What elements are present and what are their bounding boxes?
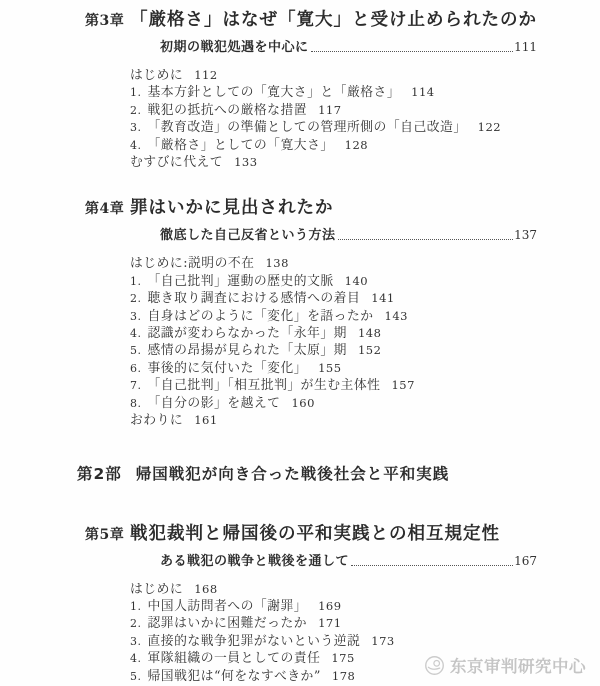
toc-item: 3. 自身はどのように「変化」を語ったか 143: [130, 308, 537, 325]
item-title: 戦犯の抵抗への厳格な措置: [148, 102, 308, 119]
item-page-number: 157: [391, 377, 414, 394]
toc-item: 3. 直接的な戦争犯罪がないという逆説 173: [130, 633, 537, 650]
subtitle-text: 徹底した自己反省という方法: [160, 228, 336, 243]
part-2-heading: 第2部 帰国戦犯が向き合った戦後社会と平和実践: [77, 464, 537, 485]
item-number: 1.: [130, 84, 142, 101]
item-page-number: 161: [194, 412, 217, 429]
chapter-3-heading: 第3章 「厳格さ」はなぜ「寛大」と受け止められたのか: [85, 9, 537, 33]
toc-item: むすびに代えて 133: [130, 154, 537, 171]
item-number: 2.: [130, 102, 142, 119]
item-page-number: 178: [332, 668, 355, 685]
item-page-number: 155: [318, 360, 341, 377]
subtitle-page-number: 137: [514, 228, 537, 243]
item-number: 2.: [130, 290, 142, 307]
item-page-number: 138: [265, 255, 288, 272]
toc-item: はじめに:説明の不在 138: [130, 255, 537, 272]
item-page-number: 175: [331, 650, 354, 667]
item-title: 「自己批判」「相互批判」が生む主体性: [148, 377, 381, 394]
chapter-label: 第5章: [85, 524, 130, 547]
toc-item: 2. 認罪はいかに困難だったか 171: [130, 615, 537, 632]
toc-item: 4. 「厳格さ」としての「寛大さ」 128: [130, 137, 537, 154]
toc-item: 8. 「自分の影」を越えて 160: [130, 395, 537, 412]
item-title: 軍隊組織の一員としての責任: [148, 650, 321, 667]
chapter-4-subtitle: 徹底した自己反省という方法 137: [160, 228, 537, 243]
toc-item: はじめに 112: [130, 67, 537, 84]
item-title: 「教育改造」の準備としての管理所側の「自己改造」: [148, 119, 467, 136]
item-title: 認罪はいかに困難だったか: [148, 615, 308, 632]
watermark: 东京审判研究中心: [424, 653, 586, 677]
item-title: 直接的な戦争犯罪がないという逆説: [148, 633, 361, 650]
item-number: 5.: [130, 668, 142, 685]
item-number: 3.: [130, 633, 142, 650]
item-page-number: 112: [194, 67, 217, 84]
chapter-3-subtitle: 初期の戦犯処遇を中心に 111: [160, 40, 537, 55]
subtitle-page-number: 111: [514, 40, 537, 55]
item-page-number: 128: [345, 137, 368, 154]
subtitle-text: ある戦犯の戦争と戦後を通して: [160, 554, 349, 569]
item-page-number: 169: [318, 598, 341, 615]
chapter-title: 「厳格さ」はなぜ「寛大」と受け止められたのか: [130, 9, 537, 32]
toc-item: おわりに 161: [130, 412, 537, 429]
part-title: 帰国戦犯が向き合った戦後社会と平和実践: [136, 464, 450, 485]
item-page-number: 168: [194, 581, 217, 598]
chapter-4-items: はじめに:説明の不在 138 1. 「自己批判」運動の歴史的文脈 140 2. …: [130, 255, 537, 429]
item-title: はじめに: [130, 581, 183, 598]
toc-item: 6. 事後的に気付いた「変化」 155: [130, 360, 537, 377]
item-number: 7.: [130, 377, 142, 394]
toc-item: 7. 「自己批判」「相互批判」が生む主体性 157: [130, 377, 537, 394]
item-title: 認識が変わらなかった「永年」期: [148, 325, 347, 342]
item-number: 5.: [130, 342, 142, 359]
chapter-5-subtitle: ある戦犯の戦争と戦後を通して 167: [160, 554, 537, 569]
item-page-number: 148: [358, 325, 381, 342]
item-page-number: 173: [371, 633, 394, 650]
item-title: 帰国戦犯は“何をなすべきか”: [148, 668, 321, 685]
dotted-leader: [338, 239, 514, 240]
watermark-text: 东京审判研究中心: [450, 653, 586, 677]
item-title: 「自己批判」運動の歴史的文脈: [148, 273, 334, 290]
item-title: 自身はどのように「変化」を語ったか: [148, 308, 374, 325]
item-number: 2.: [130, 615, 142, 632]
toc-page: 第3章 「厳格さ」はなぜ「寛大」と受け止められたのか 初期の戦犯処遇を中心に 1…: [0, 0, 600, 686]
toc-item: 3. 「教育改造」の準備としての管理所側の「自己改造」 122: [130, 119, 537, 136]
item-title: 感情の昂揚が見られた「太原」期: [148, 342, 347, 359]
item-number: 3.: [130, 308, 142, 325]
item-page-number: 122: [478, 119, 501, 136]
subtitle-text: 初期の戦犯処遇を中心に: [160, 40, 309, 55]
item-number: 8.: [130, 395, 142, 412]
item-title: 事後的に気付いた「変化」: [148, 360, 308, 377]
toc-item: はじめに 168: [130, 581, 537, 598]
item-title: 「厳格さ」としての「寛大さ」: [148, 137, 334, 154]
item-page-number: 152: [358, 342, 381, 359]
chapter-label: 第3章: [85, 10, 130, 33]
item-page-number: 133: [234, 154, 257, 171]
item-title: 聴き取り調査における感情への着目: [148, 290, 361, 307]
toc-item: 1. 基本方針としての「寛大さ」と「厳格さ」 114: [130, 84, 537, 101]
chapter-title: 罪はいかに見出されたか: [130, 197, 334, 220]
subtitle-page-number: 167: [514, 554, 537, 569]
dotted-leader: [351, 565, 513, 566]
chapter-3-items: はじめに 112 1. 基本方針としての「寛大さ」と「厳格さ」 114 2. 戦…: [130, 67, 537, 171]
chapter-5-heading: 第5章 戦犯裁判と帰国後の平和実践との相互規定性: [85, 523, 537, 547]
toc-item: 1. 「自己批判」運動の歴史的文脈 140: [130, 273, 537, 290]
part-label: 第2部: [77, 464, 122, 485]
toc-item: 5. 感情の昂揚が見られた「太原」期 152: [130, 342, 537, 359]
item-number: 4.: [130, 137, 142, 154]
toc-item: 4. 認識が変わらなかった「永年」期 148: [130, 325, 537, 342]
toc-item: 2. 戦犯の抵抗への厳格な措置 117: [130, 102, 537, 119]
chapter-4-heading: 第4章 罪はいかに見出されたか: [85, 197, 537, 221]
item-page-number: 143: [385, 308, 408, 325]
item-title: むすびに代えて: [130, 154, 223, 171]
item-title: 基本方針としての「寛大さ」と「厳格さ」: [148, 84, 401, 101]
item-title: はじめに:説明の不在: [130, 255, 254, 272]
toc-item: 2. 聴き取り調査における感情への着目 141: [130, 290, 537, 307]
item-title: はじめに: [130, 67, 183, 84]
dotted-leader: [311, 51, 514, 52]
toc-item: 1. 中国人訪問者への「謝罪」 169: [130, 598, 537, 615]
item-number: 4.: [130, 650, 142, 667]
item-title: おわりに: [130, 412, 183, 429]
item-number: 1.: [130, 273, 142, 290]
item-title: 「自分の影」を越えて: [148, 395, 281, 412]
item-page-number: 114: [411, 84, 434, 101]
chapter-label: 第4章: [85, 198, 130, 221]
item-page-number: 160: [291, 395, 314, 412]
chapter-title: 戦犯裁判と帰国後の平和実践との相互規定性: [130, 523, 500, 546]
item-page-number: 117: [318, 102, 341, 119]
item-number: 3.: [130, 119, 142, 136]
item-page-number: 140: [345, 273, 368, 290]
item-title: 中国人訪問者への「謝罪」: [148, 598, 308, 615]
item-number: 6.: [130, 360, 142, 377]
item-number: 4.: [130, 325, 142, 342]
item-number: 1.: [130, 598, 142, 615]
item-page-number: 141: [371, 290, 394, 307]
dove-badge-icon: [424, 655, 445, 676]
item-page-number: 171: [318, 615, 341, 632]
